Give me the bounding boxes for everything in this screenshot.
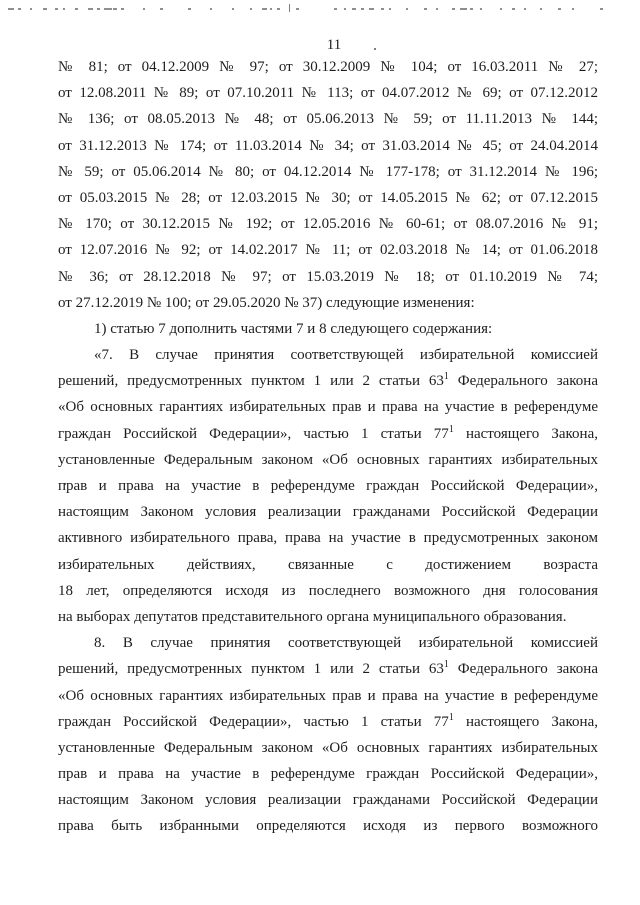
- text-line: установленные Федеральным законом «Об ос…: [58, 447, 598, 473]
- text-line: № 170; от 30.12.2015 № 192; от 12.05.201…: [58, 211, 598, 237]
- scan-noise-dash: [160, 8, 163, 10]
- text-line: права быть избранными определяются исход…: [58, 813, 598, 839]
- scan-noise-dash: [381, 8, 384, 10]
- scan-noise-dash: [460, 8, 467, 10]
- scan-noise-dash: [55, 8, 58, 10]
- scan-noise-speck: [289, 4, 290, 12]
- scan-noise-dash: [512, 8, 515, 10]
- text-line: № 36; от 28.12.2018 № 97; от 15.03.2019 …: [58, 264, 598, 290]
- scan-noise-dash: [500, 8, 502, 10]
- text-line: № 136; от 08.05.2013 № 48; от 05.06.2013…: [58, 106, 598, 132]
- text-line: решений, предусмотренных пунктом 1 или 2…: [58, 368, 598, 394]
- scan-noise-dash: [600, 8, 603, 10]
- scan-noise-dash: [524, 8, 526, 10]
- superscript: 1: [449, 712, 454, 723]
- text-line: «Об основных гарантиях избирательных пра…: [58, 394, 598, 420]
- scan-noise-dash: [88, 8, 93, 10]
- text-line: граждан Российской Федерации», частью 1 …: [58, 421, 598, 447]
- text-line: настоящим Законом условия реализации гра…: [58, 787, 598, 813]
- scan-noise-dash: [97, 8, 100, 10]
- text-line: активного избирательного права, права на…: [58, 525, 598, 551]
- scan-noise-dash: [334, 8, 337, 10]
- text-line: «7. В случае принятия соответствующей из…: [58, 342, 598, 368]
- text-line: прав и права на участие в референдуме гр…: [58, 473, 598, 499]
- scan-noise-dash: [540, 8, 542, 10]
- scan-noise-dash: [113, 8, 117, 10]
- text-line: от 05.03.2015 № 28; от 12.03.2015 № 30; …: [58, 185, 598, 211]
- scan-noise-dash: [262, 8, 267, 10]
- scan-noise-dash: [296, 8, 299, 10]
- text-line: от 31.12.2013 № 174; от 11.03.2014 № 34;…: [58, 133, 598, 159]
- scan-noise-dash: [8, 8, 14, 10]
- text-line: № 59; от 05.06.2014 № 80; от 04.12.2014 …: [58, 159, 598, 185]
- scan-noise-dash: [424, 8, 427, 10]
- scan-noise-dash: [121, 8, 124, 10]
- scan-noise-dash: [250, 8, 252, 10]
- text-line: граждан Российской Федерации», частью 1 …: [58, 709, 598, 735]
- text-line: прав и права на участие в референдуме гр…: [58, 761, 598, 787]
- scan-noise-dash: [452, 8, 455, 10]
- text-line: № 81; от 04.12.2009 № 97; от 30.12.2009 …: [58, 54, 598, 80]
- text-line: на выборах депутатов представительного о…: [58, 604, 598, 630]
- text-line: решений, предусмотренных пунктом 1 или 2…: [58, 656, 598, 682]
- document-text: № 81; от 04.12.2009 № 97; от 30.12.2009 …: [58, 54, 598, 840]
- text-line: настоящим Законом условия реализации гра…: [58, 499, 598, 525]
- superscript: 1: [444, 371, 449, 382]
- page-number: 11: [64, 37, 604, 54]
- superscript: 1: [449, 424, 454, 435]
- scan-noise-dash: [143, 8, 145, 10]
- scan-noise-dash: [63, 8, 65, 10]
- text-line: 18 лет, определяются исходя из последнег…: [58, 578, 598, 604]
- scan-noise-dash: [18, 8, 21, 10]
- scan-noise-dash: [344, 8, 346, 10]
- text-line: от 12.07.2016 № 92; от 14.02.2017 № 11; …: [58, 237, 598, 263]
- document-page: 11 № 81; от 04.12.2009 № 97; от 30.12.20…: [0, 0, 640, 905]
- scan-noise-dash: [188, 8, 191, 10]
- scan-noise-dash: [43, 8, 47, 10]
- text-line: «Об основных гарантиях избирательных пра…: [58, 683, 598, 709]
- text-line: 1) статью 7 дополнить частями 7 и 8 след…: [58, 316, 598, 342]
- text-line: от 27.12.2019 № 100; от 29.05.2020 № 37)…: [58, 290, 598, 316]
- text-line: избирательных действиях, связанные с дос…: [58, 552, 598, 578]
- scan-noise-dash: [270, 8, 272, 10]
- scan-noise-dash: [389, 8, 391, 10]
- scan-noise-dash: [75, 8, 78, 10]
- text-line: 8. В случае принятия соответствующей изб…: [58, 630, 598, 656]
- scan-noise-dash: [470, 8, 473, 10]
- scan-noise-dash: [232, 8, 234, 10]
- scan-noise-dash: [406, 8, 408, 10]
- scan-noise-dash: [558, 8, 561, 10]
- scan-noise-dash: [480, 8, 482, 10]
- text-line: от 12.08.2011 № 89; от 07.10.2011 № 113;…: [58, 80, 598, 106]
- text-line: установленные Федеральным законом «Об ос…: [58, 735, 598, 761]
- scan-noise-dash: [572, 8, 574, 10]
- scan-noise-dash: [361, 8, 364, 10]
- scan-noise-dash: [436, 8, 438, 10]
- scan-noise-dash: [104, 8, 112, 10]
- scan-noise-dash: [30, 8, 32, 10]
- scan-noise-dash: [352, 8, 356, 10]
- scan-noise-dash: [277, 8, 280, 10]
- scan-noise-dash: [210, 8, 212, 10]
- scan-noise-dash: [369, 8, 374, 10]
- superscript: 1: [444, 659, 449, 670]
